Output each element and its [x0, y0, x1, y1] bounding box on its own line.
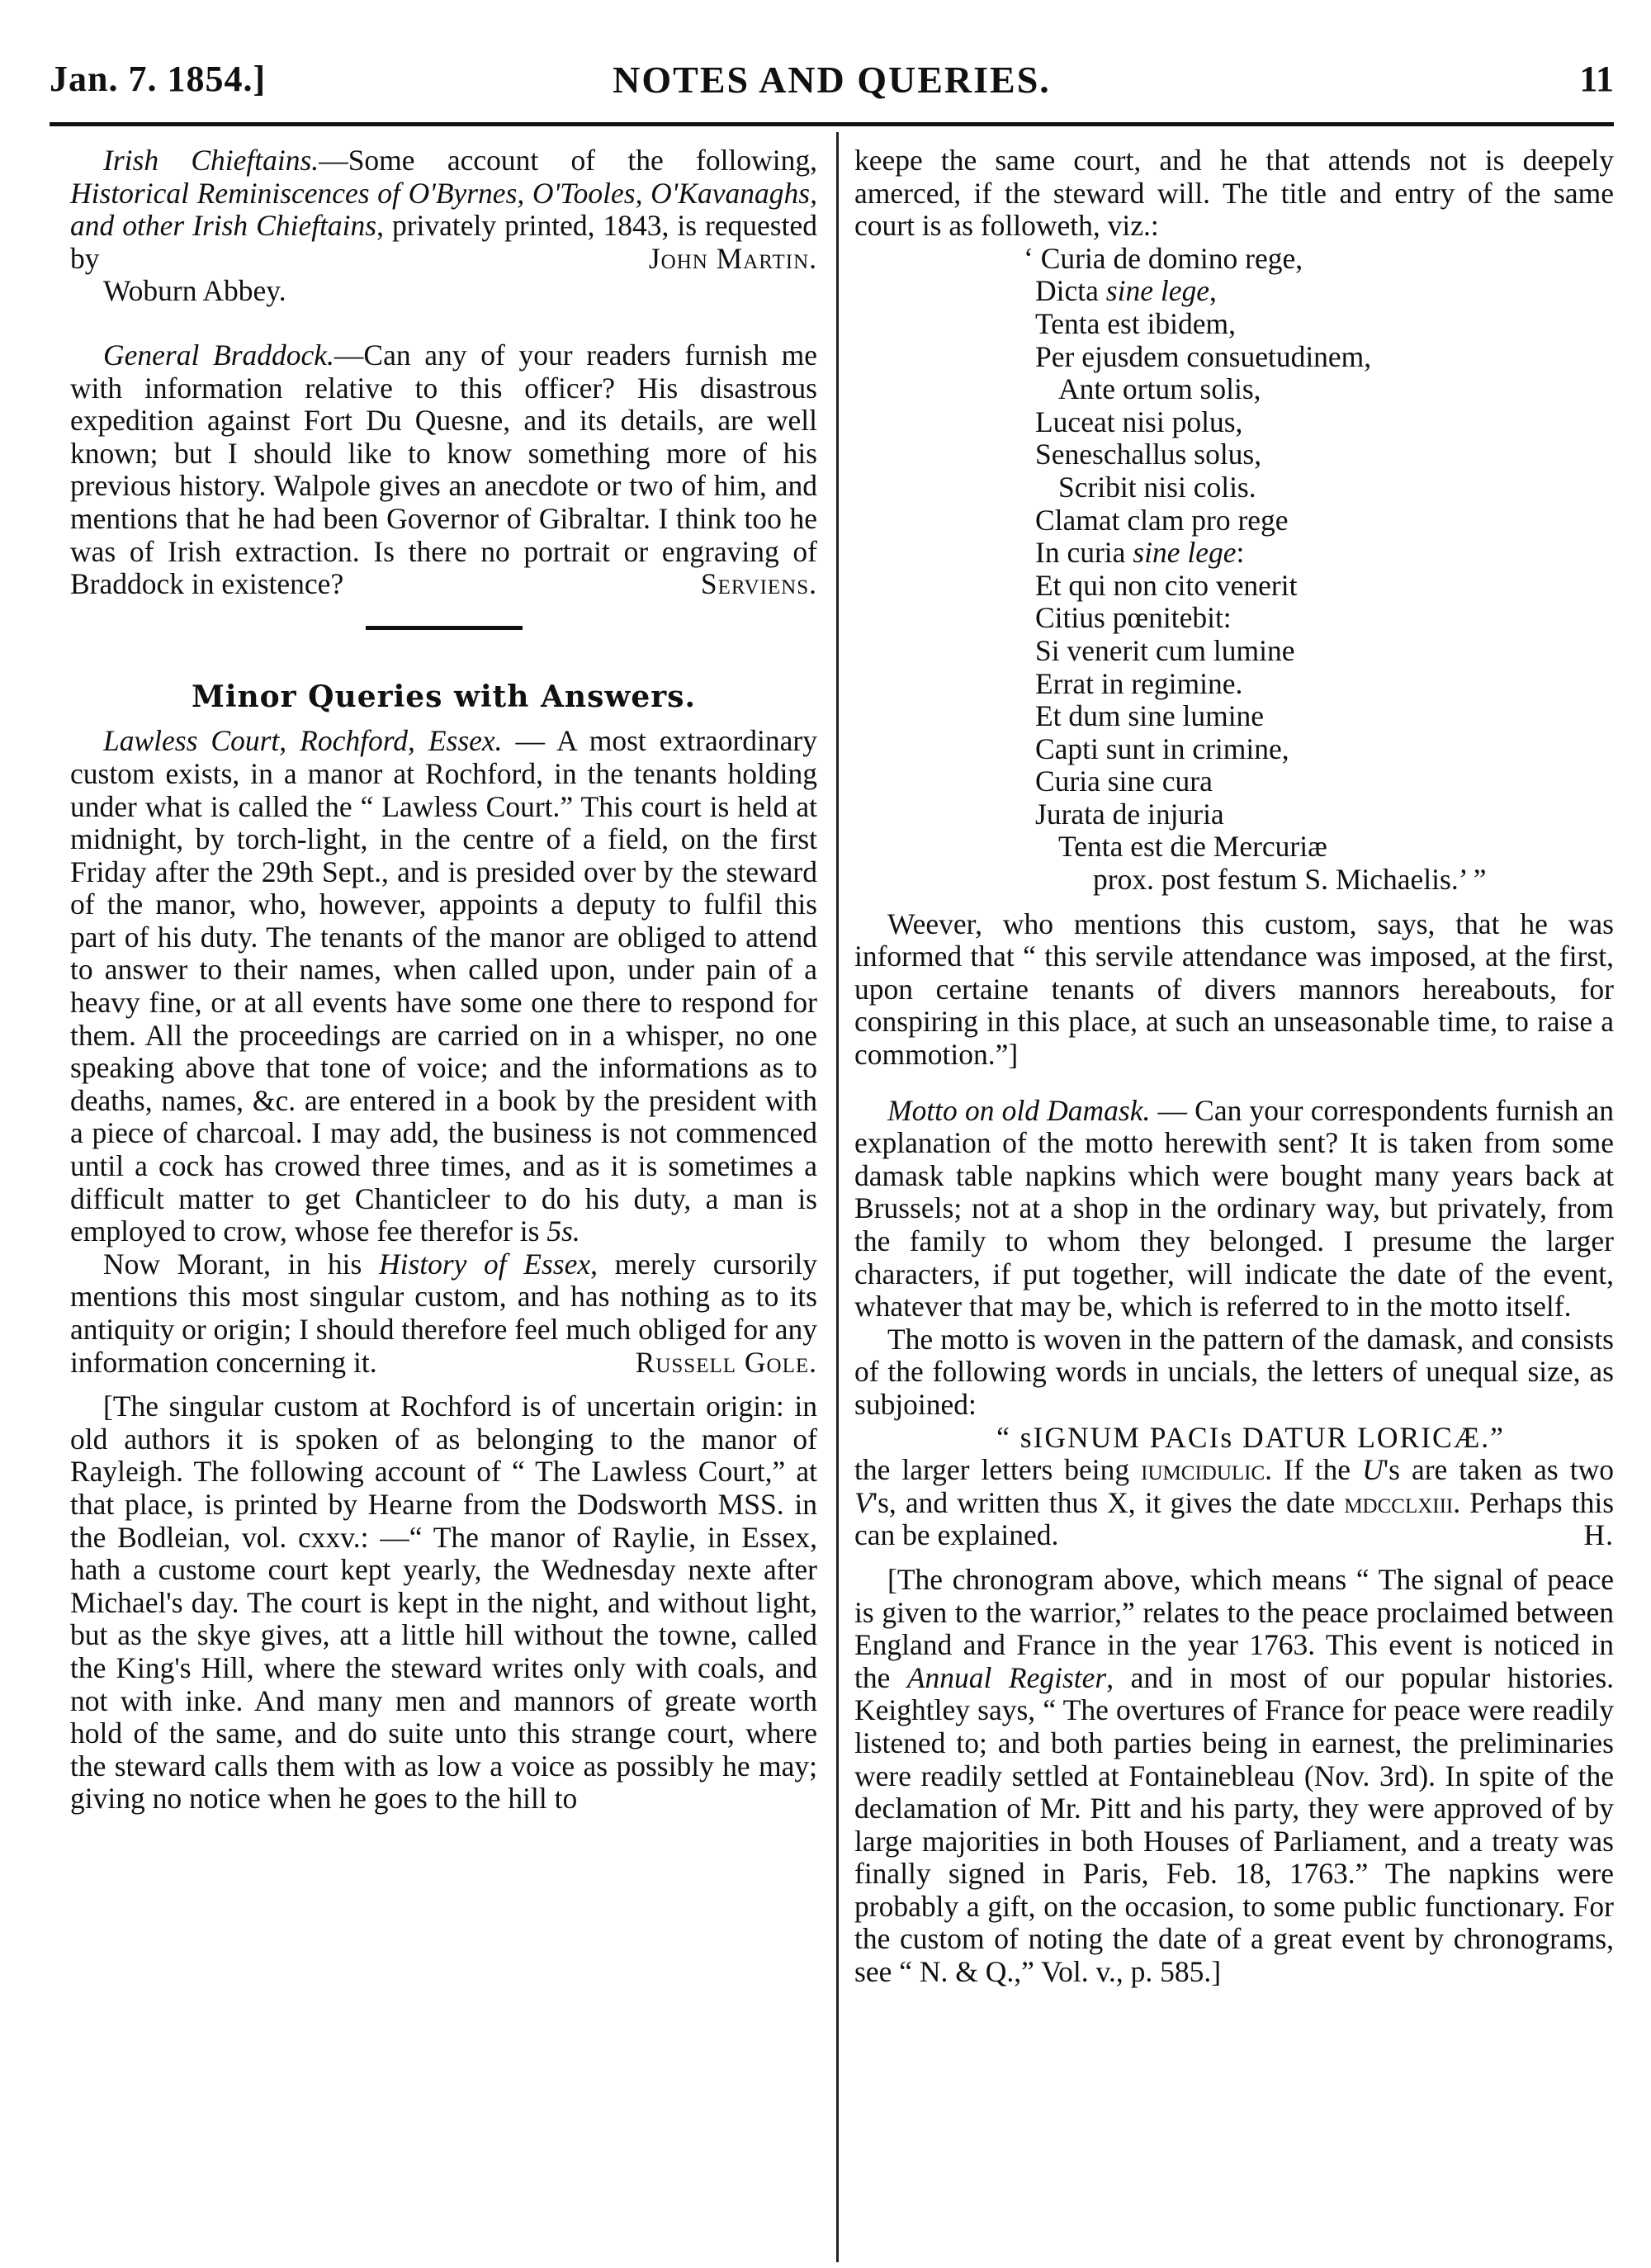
book-title: History of Essex — [379, 1248, 590, 1281]
fee-amount: 5s. — [546, 1214, 580, 1248]
query-heading: Lawless Court, Rochford, Essex. — [103, 724, 503, 757]
query-heading: Irish Chieftains. — [103, 144, 319, 177]
left-column: Irish Chieftains.—Some account of the fo… — [70, 144, 817, 1816]
verse-line: Si venerit cum lumine — [1024, 635, 1614, 668]
verse-line: ‘ Curia de domino rege, — [1024, 243, 1614, 276]
verse-line: Errat in regimine. — [1024, 668, 1614, 701]
query-irish-chieftains: Irish Chieftains.—Some account of the fo… — [70, 144, 817, 275]
header-rule — [50, 122, 1614, 126]
verse-line: Et dum sine lumine — [1024, 700, 1614, 733]
continuation-text: keepe the same court, and he that attend… — [854, 144, 1614, 243]
query-heading: Motto on old Damask. — [887, 1094, 1150, 1127]
publication-title: NOTES AND QUERIES. — [50, 58, 1614, 102]
query-motto-damask-cont: The motto is woven in the pattern of the… — [854, 1323, 1614, 1422]
query-lawless-court: Lawless Court, Rochford, Essex. — A most… — [70, 725, 817, 1248]
verse-line: Tenta est ibidem, — [1024, 308, 1614, 341]
editor-note-lawless: [The singular custom at Rochford is of u… — [70, 1390, 817, 1816]
location: Woburn Abbey. — [70, 275, 817, 308]
query-text: Now Morant, in his — [103, 1248, 379, 1281]
verse-line: Dicta sine lege, — [1024, 275, 1614, 308]
verse-line: Luceat nisi polus, — [1024, 406, 1614, 439]
book-title: Annual Register — [907, 1661, 1106, 1694]
verse-line: In curia sine lege: — [1024, 537, 1614, 570]
verse-line: Capti sunt in crimine, — [1024, 733, 1614, 766]
verse-line: Tenta est die Mercuriæ — [1024, 831, 1614, 864]
query-text: — Can your correspondents furnish an exp… — [854, 1094, 1614, 1323]
verse-line: Curia sine cura — [1024, 765, 1614, 798]
query-text: —Some account of the following, — [319, 144, 817, 177]
query-heading: General Braddock. — [103, 339, 334, 372]
verse-line: Per ejusdem consuetudinem, — [1024, 341, 1614, 374]
editor-note-chronogram: [The chronogram above, which means “ The… — [854, 1564, 1614, 1989]
page-number: 11 — [1579, 58, 1614, 100]
verse-line: Et qui non cito venerit — [1024, 570, 1614, 603]
query-text: —Can any of your readers furnish me with… — [70, 339, 817, 600]
query-motto-damask-explain: the larger letters being iumcidulic. If … — [854, 1454, 1614, 1552]
motto-text: “ sIGNUM PACIs DATUR LORICÆ.” — [854, 1422, 1614, 1455]
weever-paragraph: Weever, who mentions this custom, says, … — [854, 908, 1614, 1072]
signature: John Martin. — [616, 243, 817, 276]
verse-line: Jurata de injuria — [1024, 798, 1614, 831]
page-header: Jan. 7. 1854.] NOTES AND QUERIES. 11 — [50, 58, 1614, 116]
right-column: keepe the same court, and he that attend… — [854, 144, 1614, 1989]
date-roman: mdcclxiii — [1344, 1486, 1453, 1519]
verse-line: prox. post festum S. Michaelis.’ ” — [1024, 864, 1614, 897]
signature: Serviens. — [668, 568, 817, 601]
section-rule — [366, 626, 523, 630]
verse-line: Clamat clam pro rege — [1024, 504, 1614, 537]
latin-verse: ‘ Curia de domino rege, Dicta sine lege,… — [1024, 243, 1614, 897]
signature: Russell Gole. — [603, 1347, 817, 1380]
query-general-braddock: General Braddock.—Can any of your reader… — [70, 339, 817, 601]
section-heading: Minor Queries with Answers. — [70, 681, 817, 714]
verse-line: Ante ortum solis, — [1024, 373, 1614, 406]
signature: H. — [1583, 1519, 1614, 1552]
verse-line: Scribit nisi colis. — [1024, 471, 1614, 504]
verse-line: Seneschallus solus, — [1024, 438, 1614, 471]
query-lawless-court-cont: Now Morant, in his History of Essex, mer… — [70, 1248, 817, 1379]
column-divider — [836, 132, 839, 2262]
verse-line: Citius pœnitebit: — [1024, 602, 1614, 635]
query-text: — A most extraordinary custom exists, in… — [70, 724, 817, 1248]
larger-letters: iumcidulic — [1141, 1453, 1265, 1486]
query-motto-damask: Motto on old Damask. — Can your correspo… — [854, 1095, 1614, 1323]
